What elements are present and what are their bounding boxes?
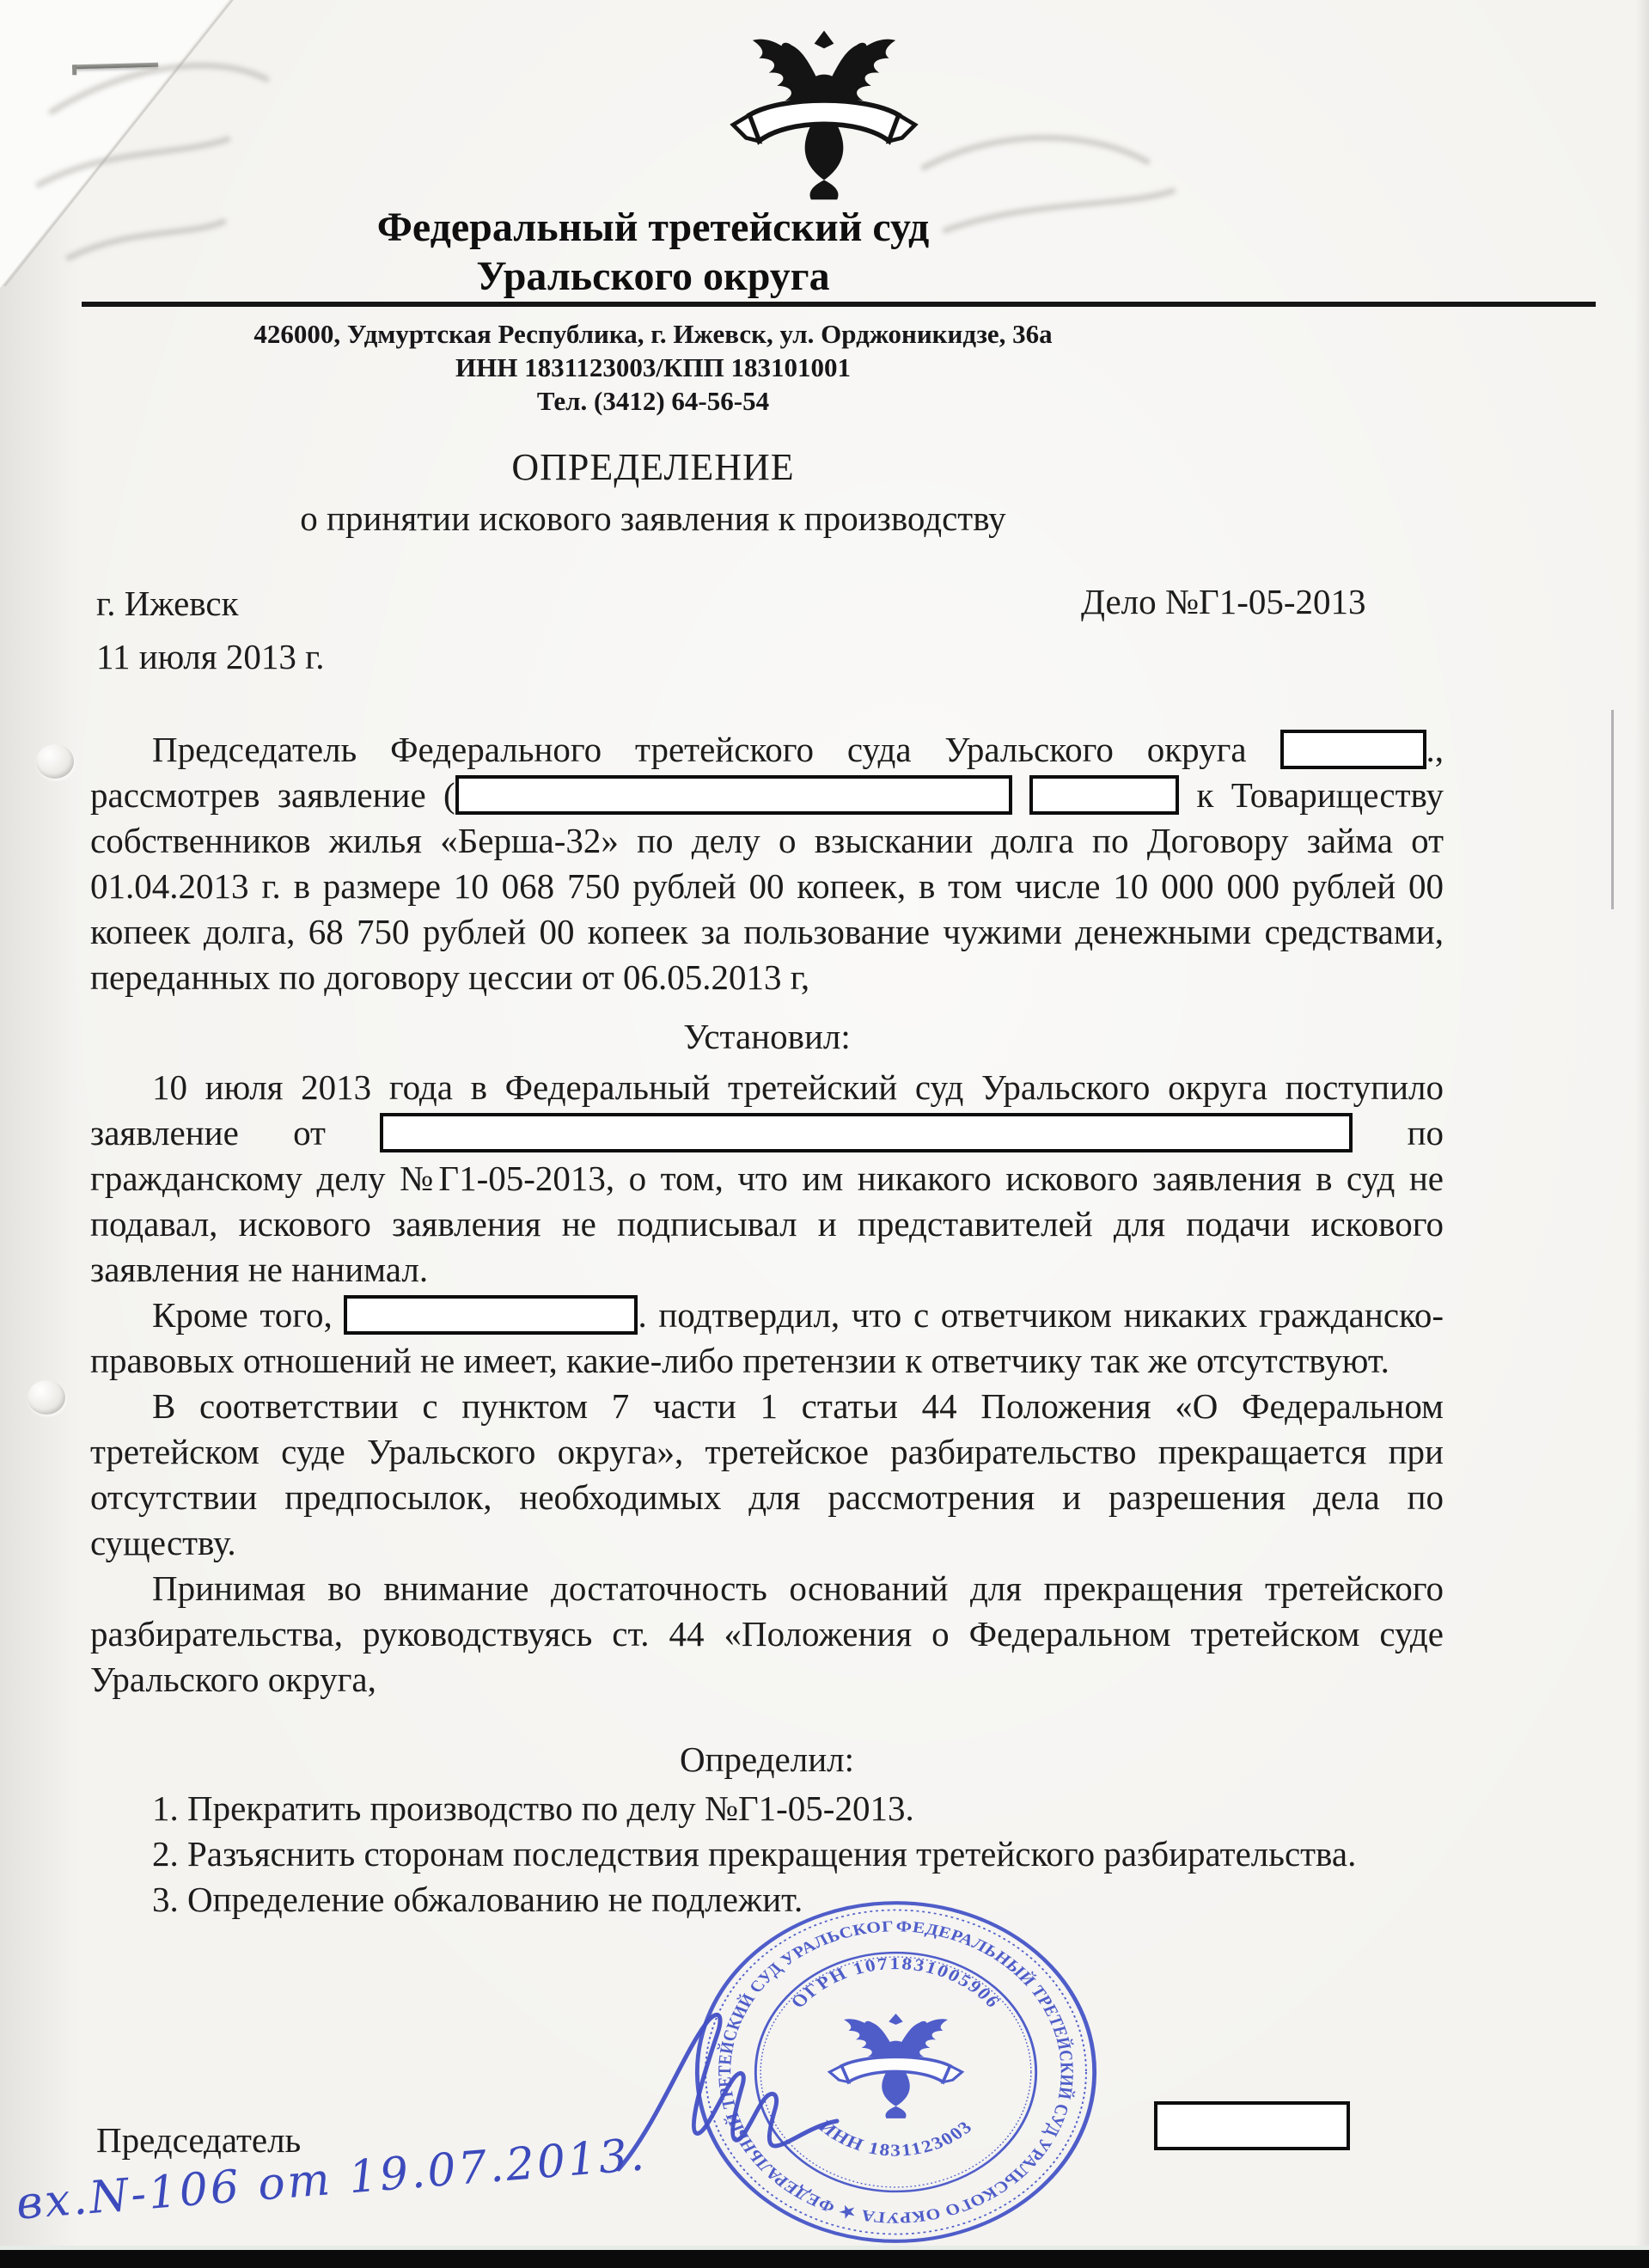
paper-hole-artifact	[27, 1380, 65, 1415]
section-heading-opredelil: Определил:	[90, 1737, 1444, 1782]
letterhead-contacts: 426000, Удмуртская Республика, г. Ижевск…	[77, 317, 1229, 418]
scanned-court-document: Федеральный третейский суд Уральского ок…	[0, 0, 1649, 2268]
paragraph-facts-1: 10 июля 2013 года в Федеральный третейск…	[90, 1065, 1444, 1293]
redaction-box-4	[380, 1113, 1353, 1152]
scan-edge-bar	[0, 2250, 1649, 2268]
scan-streak-artifact	[1611, 710, 1614, 909]
redaction-box-1	[1280, 730, 1426, 769]
paragraph-intro: Председатель Федерального третейского су…	[90, 727, 1444, 1000]
paragraph-conclusion: Принимая во внимание достаточность основ…	[90, 1566, 1444, 1703]
double-headed-eagle-emblem	[724, 24, 924, 203]
court-address: 426000, Удмуртская Республика, г. Ижевск…	[77, 317, 1229, 351]
document-title-block: ОПРЕДЕЛЕНИЕ о принятии искового заявлени…	[77, 445, 1229, 539]
court-name: Федеральный третейский суд Уральского ок…	[77, 203, 1229, 301]
letterhead-divider	[82, 302, 1596, 307]
document-title: ОПРЕДЕЛЕНИЕ	[77, 445, 1229, 489]
redaction-box-2	[455, 775, 1012, 815]
paper-hole-artifact	[36, 744, 74, 779]
chairman-label: Председатель	[96, 2119, 301, 2161]
ruling-item-2: 2. Разъяснить сторонам последствия прекр…	[90, 1831, 1444, 1877]
redaction-box-3	[1029, 775, 1179, 815]
document-subtitle: о принятии искового заявления к производ…	[77, 498, 1229, 539]
paragraph-legal-basis: В соответствии с пунктом 7 части 1 стать…	[90, 1384, 1444, 1566]
paragraph-intro-text-1: Председатель Федерального третейского су…	[152, 730, 1247, 769]
section-heading-ustanovil: Установил:	[90, 1014, 1444, 1060]
paragraph-facts-2-text-1: Кроме того,	[152, 1295, 333, 1335]
document-date: 11 июля 2013 г.	[96, 636, 325, 677]
ruling-item-1: 1. Прекратить производство по делу №Г1-0…	[90, 1786, 1444, 1831]
place-label: г. Ижевск	[96, 583, 239, 624]
case-number: Дело №Г1-05-2013	[1081, 581, 1366, 622]
court-name-line1: Федеральный третейский суд	[77, 203, 1229, 252]
redaction-box-5	[344, 1295, 638, 1335]
chairman-signature	[603, 1999, 930, 2188]
court-inn-kpp: ИНН 1831123003/КПП 183101001	[77, 351, 1229, 384]
court-name-line2: Уральского округа	[77, 252, 1229, 301]
document-body: Председатель Федерального третейского су…	[90, 727, 1444, 1923]
court-phone: Тел. (3412) 64-56-54	[77, 384, 1229, 418]
paragraph-facts-2: Кроме того, . подтвердил, что с ответчик…	[90, 1293, 1444, 1384]
redaction-box-6	[1154, 2101, 1350, 2150]
